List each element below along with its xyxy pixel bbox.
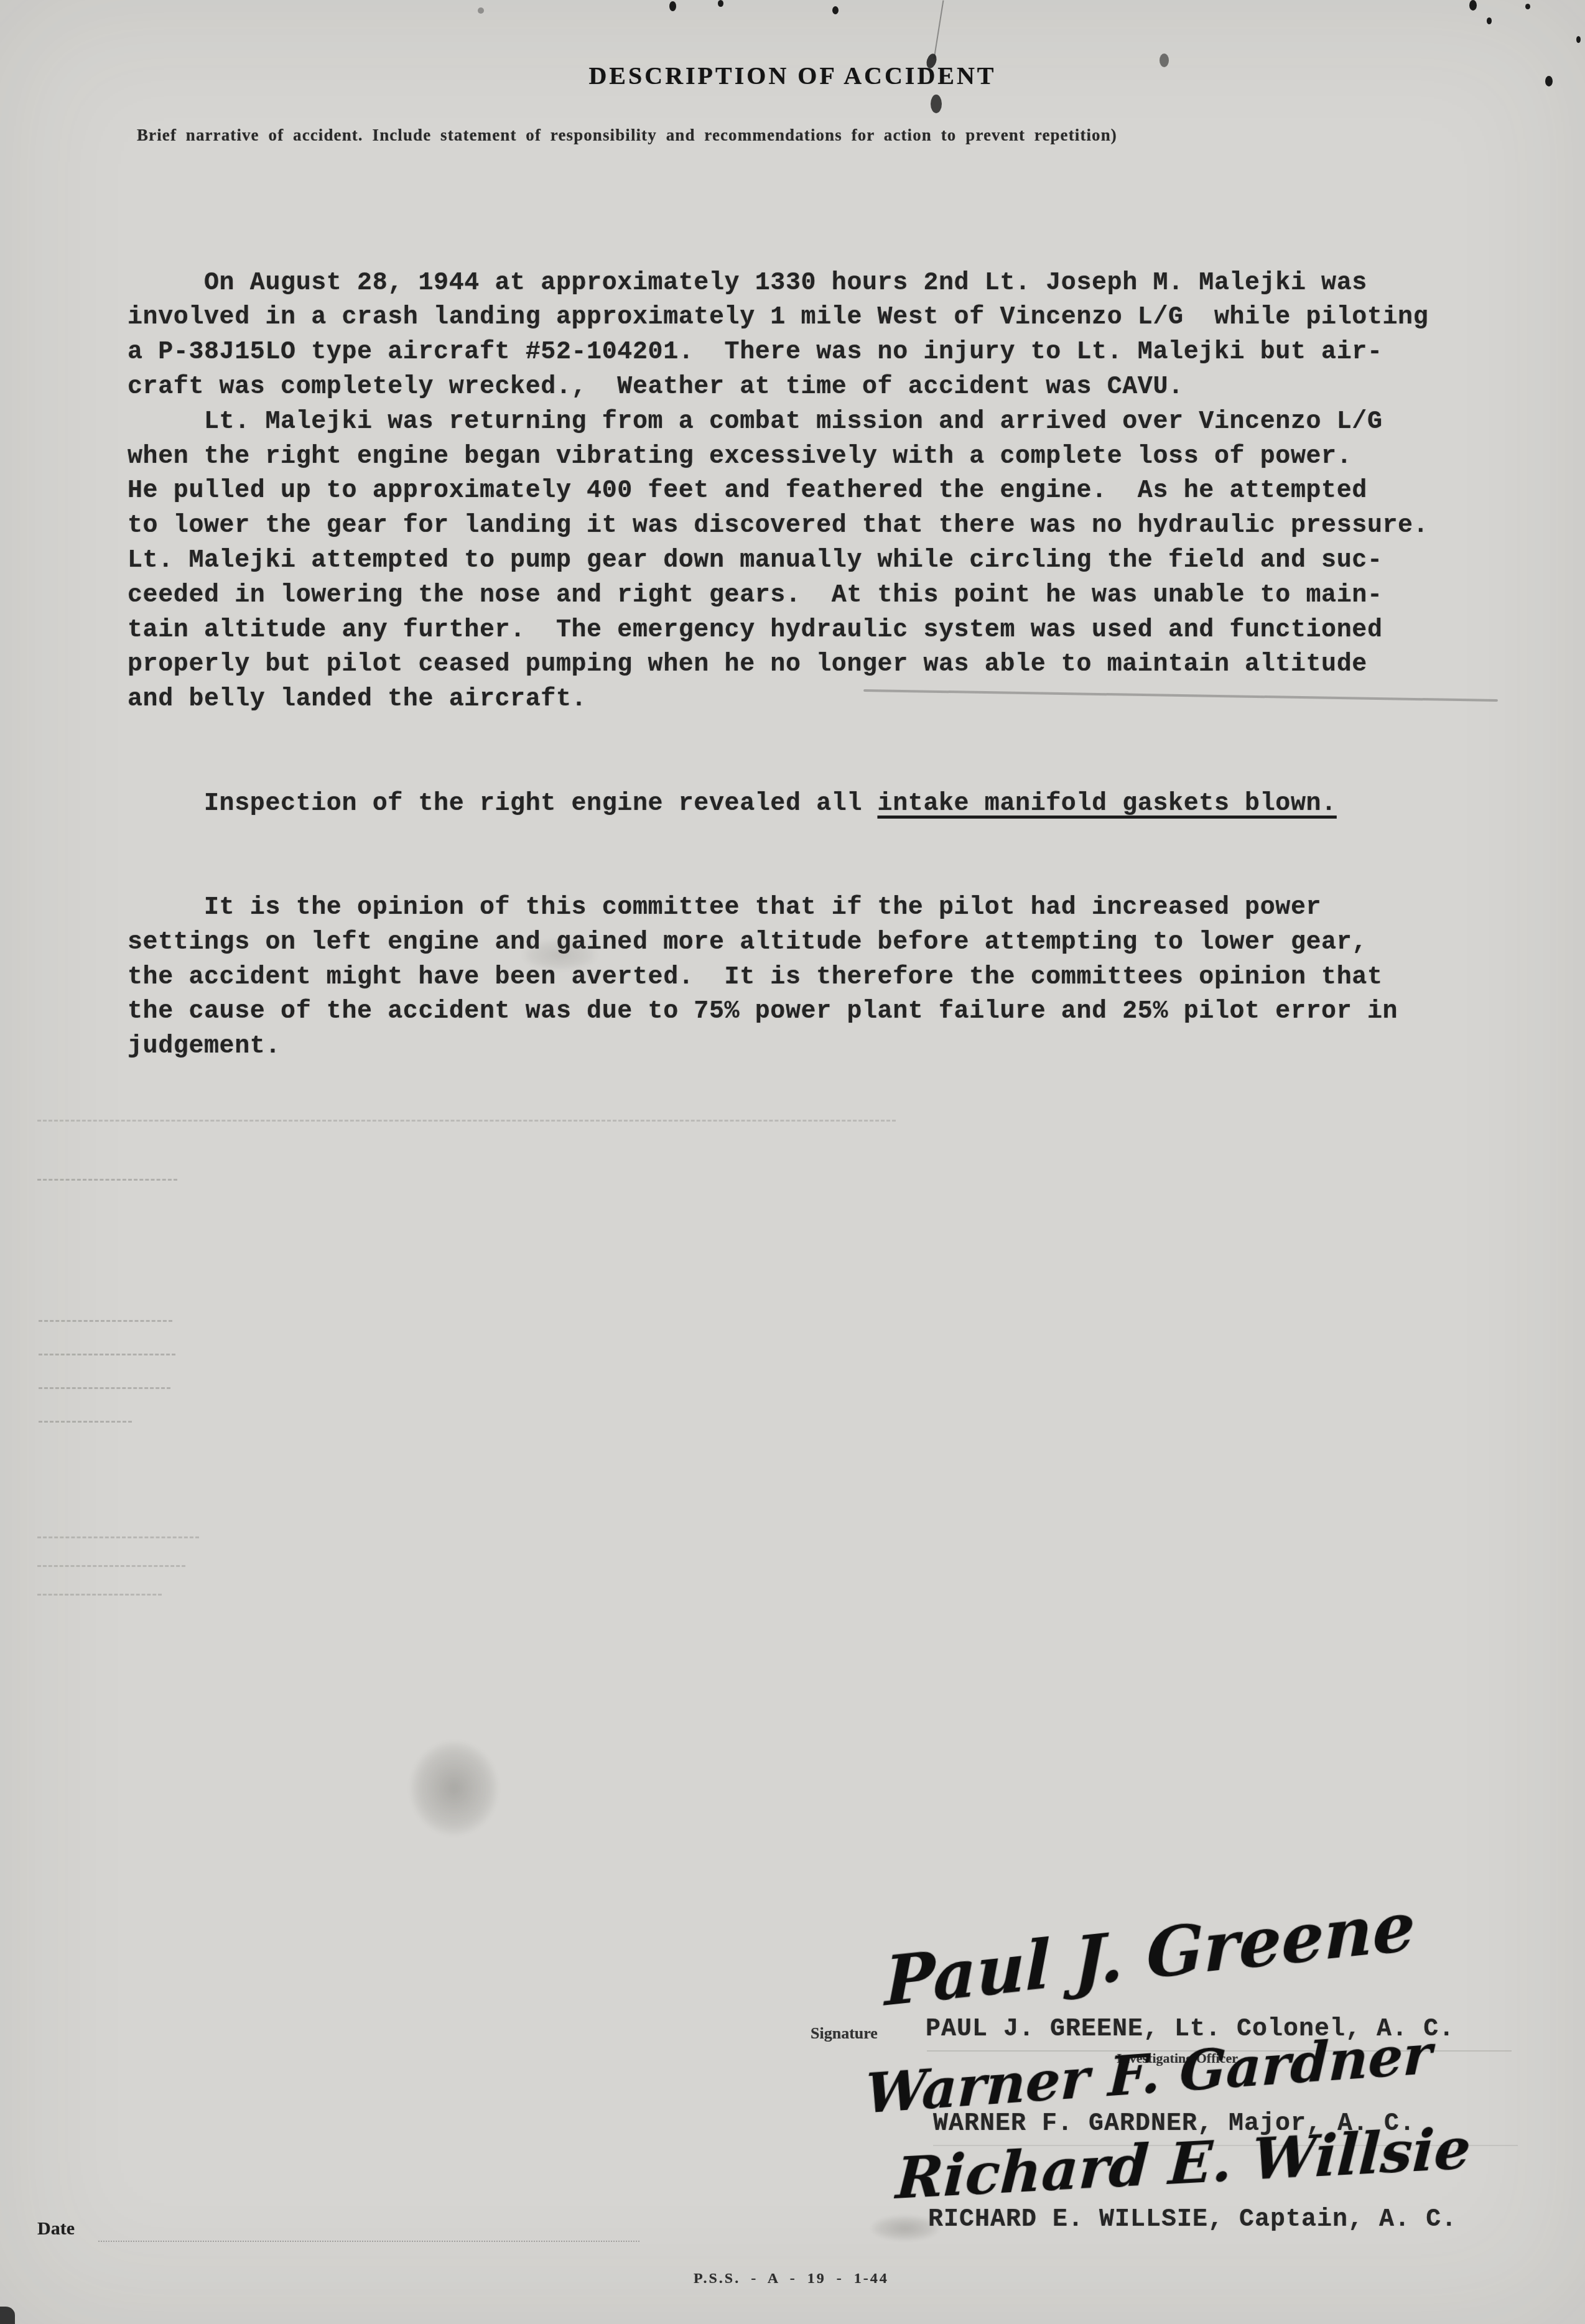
- ink-speck: [1160, 53, 1169, 67]
- ink-speck: [1545, 76, 1553, 86]
- willsie-typed-name: RICHARD E. WILLSIE, Captain, A. C.: [928, 2206, 1457, 2234]
- scan-smudge: [523, 939, 597, 970]
- bleed-through-dashes: [37, 1179, 177, 1181]
- ink-speck: [1469, 0, 1477, 11]
- ink-speck: [1487, 17, 1492, 24]
- ink-speck: [669, 1, 676, 11]
- bleed-through-dashes: [37, 1536, 199, 1538]
- text-line: tain altitude any further. The emergency…: [128, 613, 1428, 648]
- form-number: P.S.S. - A - 19 - 1-44: [694, 2271, 889, 2287]
- finding-prefix: Inspection of the right engine revealed …: [128, 790, 878, 818]
- document-title: DESCRIPTION OF ACCIDENT: [0, 61, 1585, 90]
- text-line: and belly landed the aircraft.: [128, 682, 1428, 717]
- scan-smudge: [871, 2216, 939, 2241]
- text-line: involved in a crash landing approximatel…: [128, 300, 1428, 335]
- text-line: Lt. Malejki was returning from a combat …: [128, 405, 1428, 440]
- text-line: settings on left engine and gained more …: [128, 926, 1428, 960]
- ink-speck: [931, 95, 942, 113]
- date-line: [98, 2241, 639, 2242]
- text-line: craft was completely wrecked., Weather a…: [128, 370, 1428, 405]
- date-label: Date: [37, 2218, 75, 2239]
- greene-signature-script: Paul J. Greene: [885, 1887, 1415, 2021]
- ink-speck: [478, 7, 484, 14]
- ink-speck: [1576, 36, 1581, 43]
- accident-narrative: On August 28, 1944 at approximately 1330…: [128, 197, 1428, 1134]
- text-line-with-underline: Inspection of the right engine revealed …: [128, 787, 1428, 822]
- bleed-through-dashes: [37, 1120, 896, 1122]
- scan-smudge: [411, 1742, 498, 1835]
- narrative-block-1: On August 28, 1944 at approximately 1330…: [128, 266, 1428, 717]
- bleed-through-dashes: [37, 1565, 185, 1567]
- corner-mark: [0, 2307, 15, 2324]
- text-line: He pulled up to approximately 400 feet a…: [128, 474, 1428, 509]
- bleed-through-dashes: [37, 1594, 162, 1596]
- signature-label: Signature: [811, 2024, 878, 2043]
- scanned-document-page: DESCRIPTION OF ACCIDENT Brief narrative …: [0, 0, 1585, 2324]
- ink-speck: [1525, 4, 1530, 9]
- text-line: judgement.: [128, 1030, 1428, 1064]
- text-line: when the right engine began vibrating ex…: [128, 440, 1428, 475]
- text-line: properly but pilot ceased pumping when h…: [128, 648, 1428, 682]
- bleed-through-dashes: [39, 1320, 172, 1322]
- text-line: to lower the gear for landing it was dis…: [128, 509, 1428, 544]
- bleed-through-dashes: [39, 1387, 170, 1389]
- bleed-through-dashes: [39, 1354, 175, 1355]
- ink-speck: [718, 0, 723, 7]
- text-line: the cause of the accident was due to 75%…: [128, 995, 1428, 1030]
- text-line: the accident might have been averted. It…: [128, 960, 1428, 995]
- underlined-finding: intake manifold gaskets blown.: [878, 790, 1337, 818]
- ink-speck: [832, 6, 839, 14]
- text-line: Lt. Malejki attempted to pump gear down …: [128, 544, 1428, 579]
- scan-scratch: [934, 0, 944, 58]
- bleed-through-dashes: [39, 1421, 132, 1423]
- narrative-block-2: It is the opinion of this committee that…: [128, 891, 1428, 1064]
- text-line: On August 28, 1944 at approximately 1330…: [128, 266, 1428, 301]
- document-subtitle: Brief narrative of accident. Include sta…: [137, 126, 1499, 145]
- text-line: a P-38J15LO type aircraft #52-104201. Th…: [128, 335, 1428, 370]
- text-line: It is the opinion of this committee that…: [128, 891, 1428, 926]
- text-line: ceeded in lowering the nose and right ge…: [128, 579, 1428, 613]
